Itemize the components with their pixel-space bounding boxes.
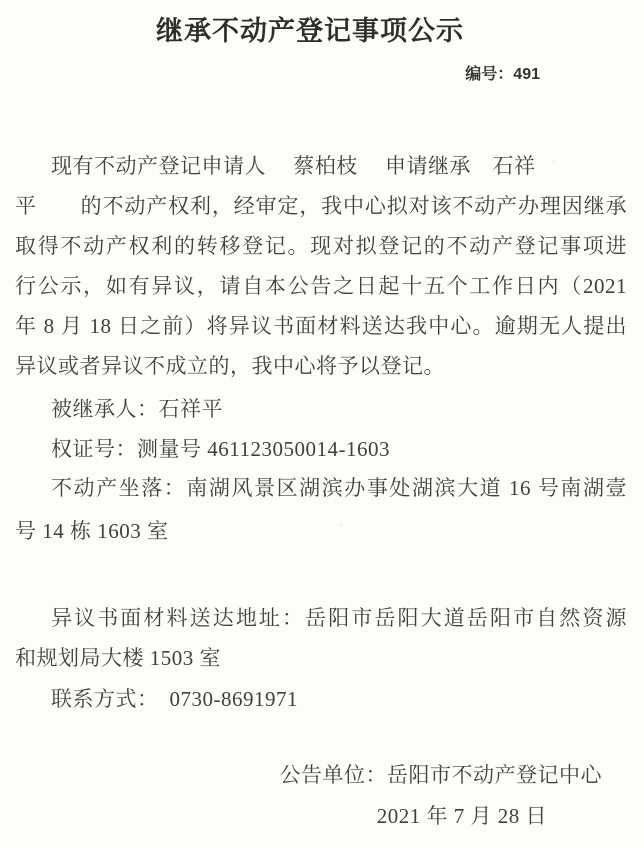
doc-number: 编号：491 [465,61,540,89]
body-line-5: 年 8 月 18 日之前）将异议书面材料送达我中心。逾期无人提出 [15,311,627,341]
property-location-line: 不动产坐落：南湖风景区湖滨办事处湖滨大道 16 号南湖壹 [15,473,627,503]
date-line: 2021 年 7 月 28 日 [377,801,547,831]
body-line-3: 取得不动产权利的转移登记。现对拟登记的不动产登记事项进 [15,231,627,261]
objection-address-line-2: 和规划局大楼 1503 室 [15,643,627,673]
objection-address-line: 异议书面材料送达地址：岳阳市岳阳大道岳阳市自然资源 [15,603,627,633]
certificate-number-line: 权证号：测量号 461123050014-1603 [15,434,627,464]
notice-document: 继承不动产登记事项公示 编号：491 现有不动产登记申请人 蔡柏枝 申请继承 石… [0,0,644,847]
property-location-line-2: 号 14 栋 1603 室 [15,516,627,546]
body-line-6: 异议或者异议不成立的，我中心将予以登记。 [15,351,627,381]
contact-line: 联系方式： 0730-8691971 [15,684,627,714]
notice-title: 继承不动产登记事项公示 [0,12,620,50]
applicant-intro-line: 现有不动产登记申请人 蔡柏枝 申请继承 石祥 [15,151,627,181]
decedent-line: 被继承人：石祥平 [15,394,627,424]
issuer-line: 公告单位：岳阳市不动产登记中心 [280,760,603,790]
body-line-4: 行公示，如有异议，请自本公告之日起十五个工作日内（2021 [15,271,627,301]
body-line-2: 平 的不动产权利，经审定，我中心拟对该不动产办理因继承 [15,191,627,221]
